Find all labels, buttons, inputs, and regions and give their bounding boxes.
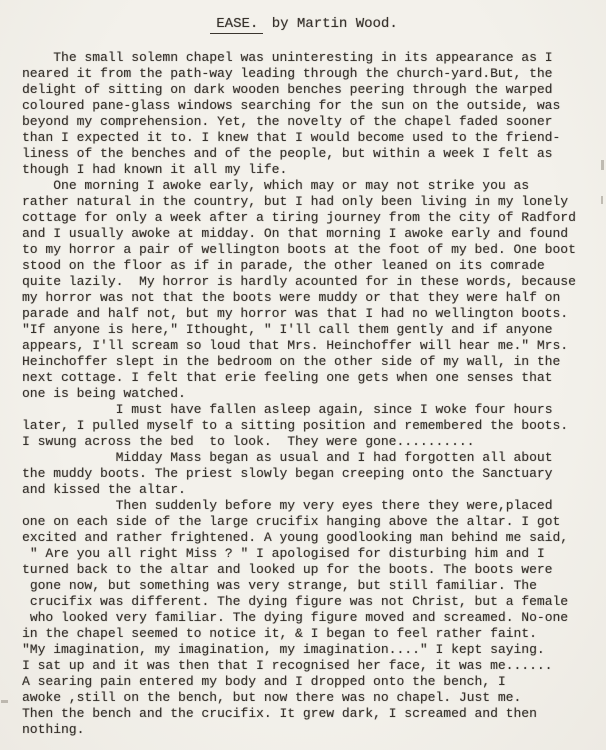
scan-speck — [601, 196, 603, 204]
paragraph-2: One morning I awoke early, which may or … — [22, 178, 600, 402]
paragraph-5: Then suddenly before my very eyes there … — [22, 498, 600, 738]
document-page: EASE. by Martin Wood. The small solemn c… — [0, 0, 606, 750]
scan-speck — [1, 700, 8, 703]
title-byline: by Martin Wood. — [263, 16, 397, 32]
paragraph-4: Midday Mass began as usual and I had for… — [22, 450, 600, 498]
paragraph-1: The small solemn chapel was uninterestin… — [22, 50, 600, 178]
scan-speck — [601, 160, 604, 170]
paragraph-3: I must have fallen asleep again, since I… — [22, 402, 600, 450]
title-heading: EASE. — [210, 16, 263, 34]
document-title: EASE. by Martin Wood. — [22, 15, 586, 33]
